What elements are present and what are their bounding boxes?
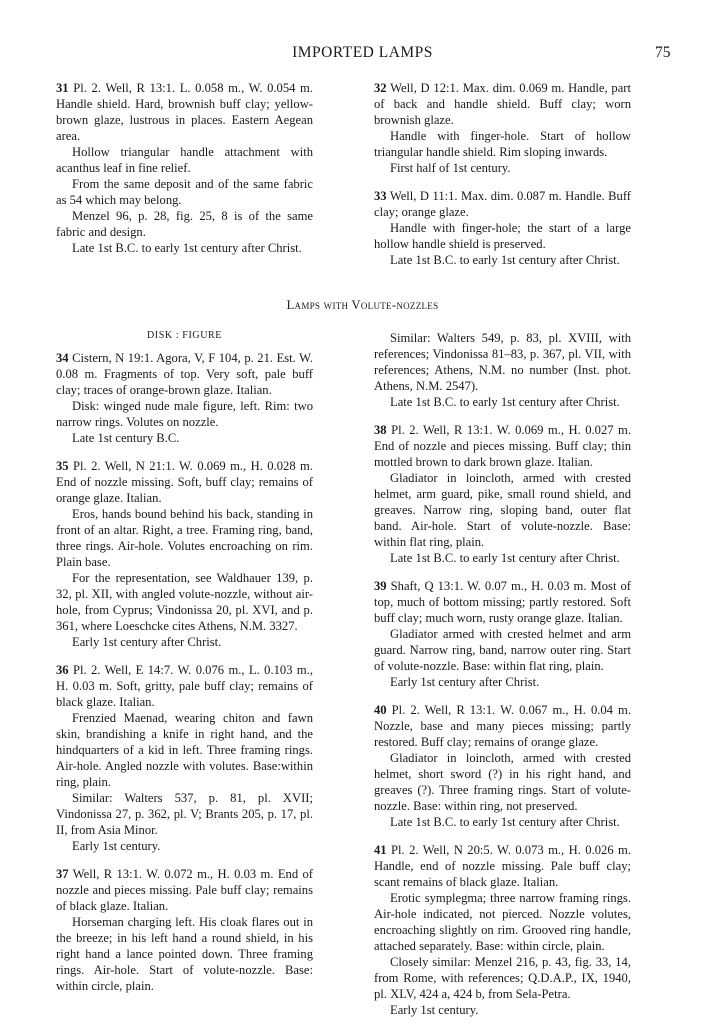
entry-text: Handle with finger-hole. Start of hollow…	[374, 128, 631, 160]
entry-text: Erotic symplegma; three narrow framing r…	[374, 890, 631, 954]
entry-date: Early 1st century after Christ.	[56, 634, 313, 650]
entry-text: Pl. 2. Well, R 13:1. L. 0.058 m., W. 0.0…	[56, 81, 313, 143]
entry-text: Menzel 96, p. 28, fig. 25, 8 is of the s…	[56, 208, 313, 240]
subheading: DISK : FIGURE	[56, 328, 313, 344]
entry-text: Handle with finger-hole; the start of a …	[374, 220, 631, 252]
catalog-entry-36: 36 Pl. 2. Well, E 14:7. W. 0.076 m., L. …	[56, 662, 313, 854]
catalog-entry-32: 32 Well, D 12:1. Max. dim. 0.069 m. Hand…	[374, 80, 631, 176]
entry-date: First half of 1st century.	[374, 160, 631, 176]
catalog-entry-37-continued: Similar: Walters 549, p. 83, pl. XVIII, …	[374, 330, 631, 410]
catalog-entry-39: 39 Shaft, Q 13:1. W. 0.07 m., H. 0.03 m.…	[374, 578, 631, 690]
entry-text: Gladiator in loincloth, armed with crest…	[374, 470, 631, 550]
entry-date: Early 1st century.	[374, 1002, 631, 1018]
entry-date: Late 1st century B.C.	[56, 430, 313, 446]
section-heading: Lamps with Volute-nozzles	[0, 298, 725, 313]
entry-text: For the representation, see Waldhauer 13…	[56, 570, 313, 634]
catalog-entry-38: 38 Pl. 2. Well, R 13:1. W. 0.069 m., H. …	[374, 422, 631, 566]
catalog-entry-41: 41 Pl. 2. Well, N 20:5. W. 0.073 m., H. …	[374, 842, 631, 1018]
entry-number: 39	[374, 579, 387, 593]
entry-text: Similar: Walters 549, p. 83, pl. XVIII, …	[374, 330, 631, 394]
entry-number: 38	[374, 423, 387, 437]
running-head: IMPORTED LAMPS 75	[0, 44, 725, 64]
entry-date: Late 1st B.C. to early 1st century after…	[374, 394, 631, 410]
top-right-column: 32 Well, D 12:1. Max. dim. 0.069 m. Hand…	[374, 80, 631, 280]
entry-number: 36	[56, 663, 69, 677]
entry-date: Early 1st century.	[56, 838, 313, 854]
top-left-column: 31 Pl. 2. Well, R 13:1. L. 0.058 m., W. …	[56, 80, 313, 268]
entry-date: Late 1st B.C. to early 1st century after…	[374, 550, 631, 566]
entry-date: Early 1st century after Christ.	[374, 674, 631, 690]
entry-text: Pl. 2. Well, E 14:7. W. 0.076 m., L. 0.1…	[56, 663, 313, 709]
catalog-entry-34: 34 Cistern, N 19:1. Agora, V, F 104, p. …	[56, 350, 313, 446]
entry-date: Late 1st B.C. to early 1st century after…	[374, 252, 631, 268]
entry-number: 37	[56, 867, 69, 881]
entry-date: Late 1st B.C. to early 1st century after…	[56, 240, 313, 256]
entry-date: Late 1st B.C. to early 1st century after…	[374, 814, 631, 830]
entry-number: 34	[56, 351, 69, 365]
running-title: IMPORTED LAMPS	[0, 44, 725, 62]
entry-text: Disk: winged nude male figure, left. Rim…	[56, 398, 313, 430]
entry-number: 33	[374, 189, 387, 203]
entry-text: Similar: Walters 537, p. 81, pl. XVII; V…	[56, 790, 313, 838]
entry-text: Cistern, N 19:1. Agora, V, F 104, p. 21.…	[56, 351, 313, 397]
catalog-entry-35: 35 Pl. 2. Well, N 21:1. W. 0.069 m., H. …	[56, 458, 313, 650]
entry-text: Pl. 2. Well, R 13:1. W. 0.069 m., H. 0.0…	[374, 423, 631, 469]
entry-text: Pl. 2. Well, N 20:5. W. 0.073 m., H. 0.0…	[374, 843, 631, 889]
entry-text: Pl. 2. Well, N 21:1. W. 0.069 m., H. 0.0…	[56, 459, 313, 505]
catalog-entry-33: 33 Well, D 11:1. Max. dim. 0.087 m. Hand…	[374, 188, 631, 268]
page-number: 75	[655, 44, 671, 62]
catalog-entry-37: 37 Well, R 13:1. W. 0.072 m., H. 0.03 m.…	[56, 866, 313, 994]
entry-text: Well, R 13:1. W. 0.072 m., H. 0.03 m. En…	[56, 867, 313, 913]
entry-number: 40	[374, 703, 387, 717]
lower-right-column: Similar: Walters 549, p. 83, pl. XVIII, …	[374, 330, 631, 1024]
entry-text: Gladiator armed with crested helmet and …	[374, 626, 631, 674]
entry-text: Well, D 12:1. Max. dim. 0.069 m. Handle,…	[374, 81, 631, 127]
entry-text: Frenzied Maenad, wearing chiton and fawn…	[56, 710, 313, 790]
entry-text: From the same deposit and of the same fa…	[56, 176, 313, 208]
entry-text: Well, D 11:1. Max. dim. 0.087 m. Handle.…	[374, 189, 631, 219]
entry-number: 32	[374, 81, 387, 95]
entry-text: Horseman charging left. His cloak flares…	[56, 914, 313, 994]
entry-number: 31	[56, 81, 69, 95]
lower-left-column: DISK : FIGURE 34 Cistern, N 19:1. Agora,…	[56, 328, 313, 1006]
catalog-entry-40: 40 Pl. 2. Well, R 13:1. W. 0.067 m., H. …	[374, 702, 631, 830]
entry-text: Shaft, Q 13:1. W. 0.07 m., H. 0.03 m. Mo…	[374, 579, 631, 625]
catalog-entry-31: 31 Pl. 2. Well, R 13:1. L. 0.058 m., W. …	[56, 80, 313, 256]
entry-text: Pl. 2. Well, R 13:1. W. 0.067 m., H. 0.0…	[374, 703, 631, 749]
entry-number: 35	[56, 459, 69, 473]
entry-number: 41	[374, 843, 387, 857]
entry-text: Closely similar: Menzel 216, p. 43, fig.…	[374, 954, 631, 1002]
entry-text: Eros, hands bound behind his back, stand…	[56, 506, 313, 570]
entry-text: Gladiator in loincloth, armed with crest…	[374, 750, 631, 814]
entry-text: Hollow triangular handle attachment with…	[56, 144, 313, 176]
